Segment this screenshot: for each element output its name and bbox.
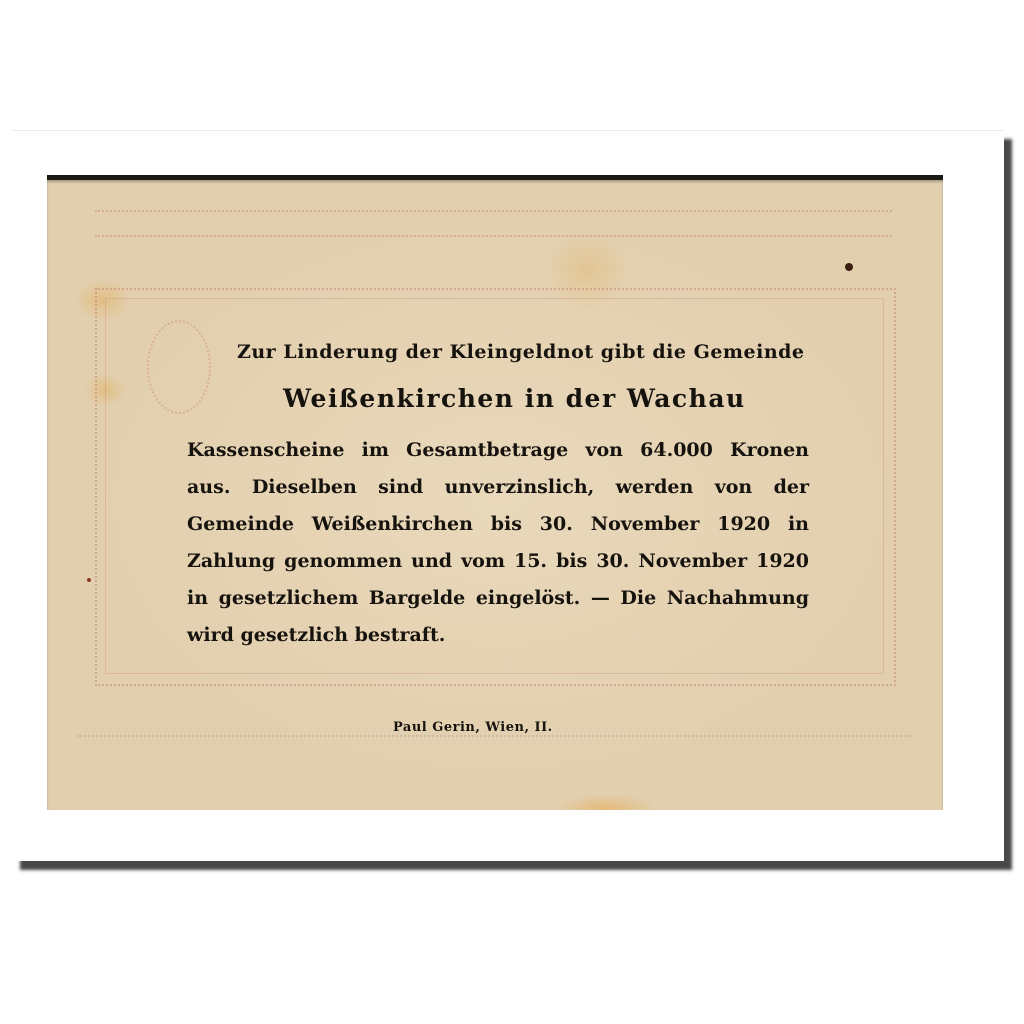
- body-line: Kassenscheine im Gesamtbetrage von 64.00…: [187, 432, 809, 469]
- body-line: in gesetzlichem Bargelde eingelöst. — Di…: [187, 580, 809, 617]
- banknote-reverse: Zur Linderung der Kleingeldnot gibt die …: [47, 175, 943, 810]
- body-line: wird gesetzlich bestraft.: [187, 617, 809, 654]
- photo-stage: Zur Linderung der Kleingeldnot gibt die …: [0, 0, 1024, 1024]
- body-line: aus. Dieselben sind unverzinslich, werde…: [187, 469, 809, 506]
- body-line: Gemeinde Weißenkirchen bis 30. November …: [187, 506, 809, 543]
- issuer-name: Weißenkirchen in der Wachau: [283, 384, 746, 413]
- note-text: Zur Linderung der Kleingeldnot gibt die …: [47, 180, 943, 810]
- printer-imprint: Paul Gerin, Wien, II.: [393, 720, 553, 735]
- intro-line: Zur Linderung der Kleingeldnot gibt die …: [237, 341, 805, 363]
- body-line: Zahlung genommen und vom 15. bis 30. Nov…: [187, 543, 809, 580]
- body-paragraph: Kassenscheine im Gesamtbetrage von 64.00…: [187, 432, 809, 654]
